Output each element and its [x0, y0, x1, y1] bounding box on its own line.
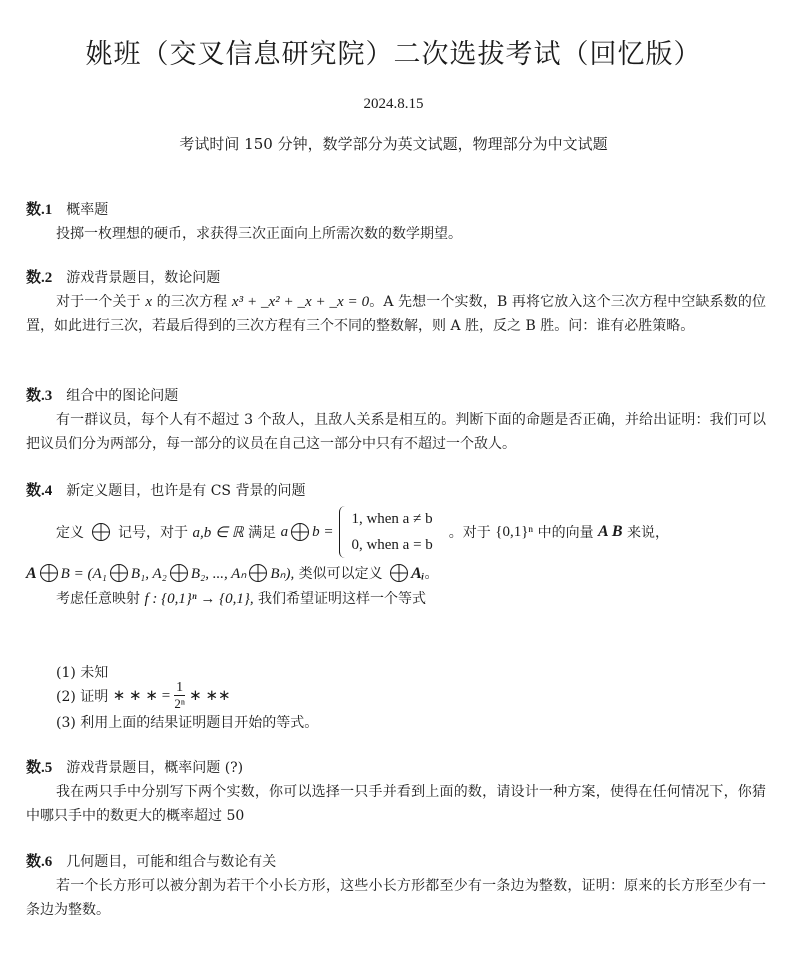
- question-6: 数.6几何题目，可能和组合与数论有关 若一个长方形可以被分割为若干个小长方形，这…: [26, 850, 766, 922]
- question-heading: 数.1概率题: [26, 198, 766, 222]
- math-expr: ∗ ∗∗: [189, 686, 230, 705]
- piecewise-cases: 1, when a ≠ b 0, when a = b: [339, 506, 432, 558]
- xor-vector-line: AB = (A₁B₁, A₂B₂, ..., AₙBₙ), 类似可以定义 Aᵢ。: [26, 561, 766, 587]
- question-body: 有一群议员，每个人有不超过 3 个敌人，且敌人关系是相互的。判断下面的命题是否正…: [26, 408, 766, 456]
- oplus-symbol-icon: [291, 523, 309, 541]
- question-title: 新定义题目，也许是有 CS 背景的问题: [66, 483, 305, 499]
- question-heading: 数.4新定义题目，也许是有 CS 背景的问题: [26, 479, 766, 503]
- question-title: 几何题目，可能和组合与数论有关: [66, 854, 276, 870]
- sub-item-3: (3) 利用上面的结果证明题目开始的等式。: [56, 712, 318, 732]
- text: 。: [425, 566, 439, 582]
- denominator: 2ⁿ: [174, 696, 185, 711]
- math-expr: ∗ ∗ ∗ =: [113, 686, 170, 705]
- math-set: {0,1}ⁿ: [495, 524, 533, 541]
- oplus-symbol-icon: [92, 523, 110, 541]
- math-vectors: A B: [598, 523, 622, 541]
- text: 中的向量: [538, 522, 594, 542]
- question-body: 若一个长方形可以被分割为若干个小长方形，这些小长方形都至少有一条边为整数，证明：…: [26, 874, 766, 922]
- oplus-symbol-icon: [390, 564, 408, 582]
- question-3: 数.3组合中的图论问题 有一群议员，每个人有不超过 3 个敌人，且敌人关系是相互…: [26, 384, 766, 456]
- oplus-symbol-icon: [110, 564, 128, 582]
- question-number: 数.5: [26, 760, 52, 776]
- oplus-symbol-icon: [40, 564, 58, 582]
- numerator: 1: [174, 680, 185, 696]
- question-1: 数.1概率题 投掷一枚理想的硬币，求获得三次正面向上所需次数的数学期望。: [26, 198, 766, 246]
- text: 。对于: [449, 522, 491, 542]
- question-body: 我在两只手中分别写下两个实数，你可以选择一只手并看到上面的数，请设计一种方案，使…: [26, 780, 766, 828]
- oplus-symbol-icon: [249, 564, 267, 582]
- text: 我们希望证明这样一个等式: [258, 591, 426, 607]
- math-var: a: [281, 524, 289, 541]
- math-var: Aᵢ: [411, 565, 424, 582]
- case-row: 1, when a ≠ b: [351, 506, 432, 532]
- math-equation: x³ + _x² + _x + _x = 0: [232, 294, 369, 310]
- fraction: 1 2ⁿ: [174, 680, 185, 711]
- question-title: 游戏背景题目，概率问题 (?): [66, 760, 243, 776]
- question-5: 数.5游戏背景题目，概率问题 (?) 我在两只手中分别写下两个实数，你可以选择一…: [26, 756, 766, 828]
- question-heading: 数.5游戏背景题目，概率问题 (?): [26, 756, 766, 780]
- question-number: 数.3: [26, 388, 52, 404]
- question-4: 数.4新定义题目，也许是有 CS 背景的问题 定义 记号，对于 a,b ∈ ℝ …: [26, 479, 766, 611]
- text: 类似可以定义: [299, 566, 383, 582]
- math-var: x: [145, 294, 152, 310]
- math-expr: B₁, A₂: [131, 566, 167, 582]
- math-var: A: [26, 565, 37, 582]
- question-number: 数.4: [26, 483, 52, 499]
- question-number: 数.1: [26, 202, 52, 218]
- case-row: 0, when a = b: [351, 532, 432, 558]
- document-title: 姚班（交叉信息研究院）二次选拔考试（回忆版）: [0, 32, 787, 71]
- text: 记号，对于: [118, 522, 188, 542]
- text: 定义: [56, 522, 84, 542]
- math-expr: Bₙ),: [270, 566, 294, 582]
- document-subtitle: 考试时间 150 分钟，数学部分为英文试题，物理部分为中文试题: [0, 133, 787, 154]
- question-number: 数.2: [26, 270, 52, 286]
- text: 对于一个关于: [56, 294, 141, 310]
- brace: [339, 506, 348, 558]
- question-heading: 数.6几何题目，可能和组合与数论有关: [26, 850, 766, 874]
- question-title: 概率题: [66, 202, 108, 218]
- question-body: 对于一个关于 x 的三次方程 x³ + _x² + _x + _x = 0。A …: [26, 290, 766, 338]
- question-heading: 数.3组合中的图论问题: [26, 384, 766, 408]
- question-title: 组合中的图论问题: [66, 388, 178, 404]
- sub-item-1: (1) 未知: [56, 662, 108, 682]
- text: 来说，: [627, 522, 669, 542]
- document-date: 2024.8.15: [0, 96, 787, 113]
- question-body: 投掷一枚理想的硬币，求获得三次正面向上所需次数的数学期望。: [26, 222, 766, 246]
- definition-line: 定义 记号，对于 a,b ∈ ℝ 满足 ab = 1, when a ≠ b 0…: [26, 503, 766, 561]
- question-2: 数.2游戏背景题目，数论问题 对于一个关于 x 的三次方程 x³ + _x² +…: [26, 266, 766, 338]
- math-expr: B = (A₁: [61, 566, 107, 582]
- sub-item-2: (2) 证明 ∗ ∗ ∗ = 1 2ⁿ ∗ ∗∗: [56, 680, 231, 711]
- text: (2) 证明: [56, 686, 108, 706]
- math-mapping: f : {0,1}ⁿ → {0,1},: [144, 591, 253, 607]
- text: 满足: [248, 522, 276, 542]
- math-expr: B₂, ..., Aₙ: [191, 566, 247, 582]
- math-vars: a,b ∈ ℝ: [192, 523, 243, 542]
- mapping-line: 考虑任意映射 f : {0,1}ⁿ → {0,1}, 我们希望证明这样一个等式: [26, 587, 766, 611]
- text: 的三次方程: [157, 294, 228, 310]
- question-title: 游戏背景题目，数论问题: [66, 270, 220, 286]
- question-heading: 数.2游戏背景题目，数论问题: [26, 266, 766, 290]
- question-number: 数.6: [26, 854, 52, 870]
- oplus-symbol-icon: [170, 564, 188, 582]
- text: 考虑任意映射: [56, 591, 140, 607]
- math-var: b =: [312, 524, 333, 541]
